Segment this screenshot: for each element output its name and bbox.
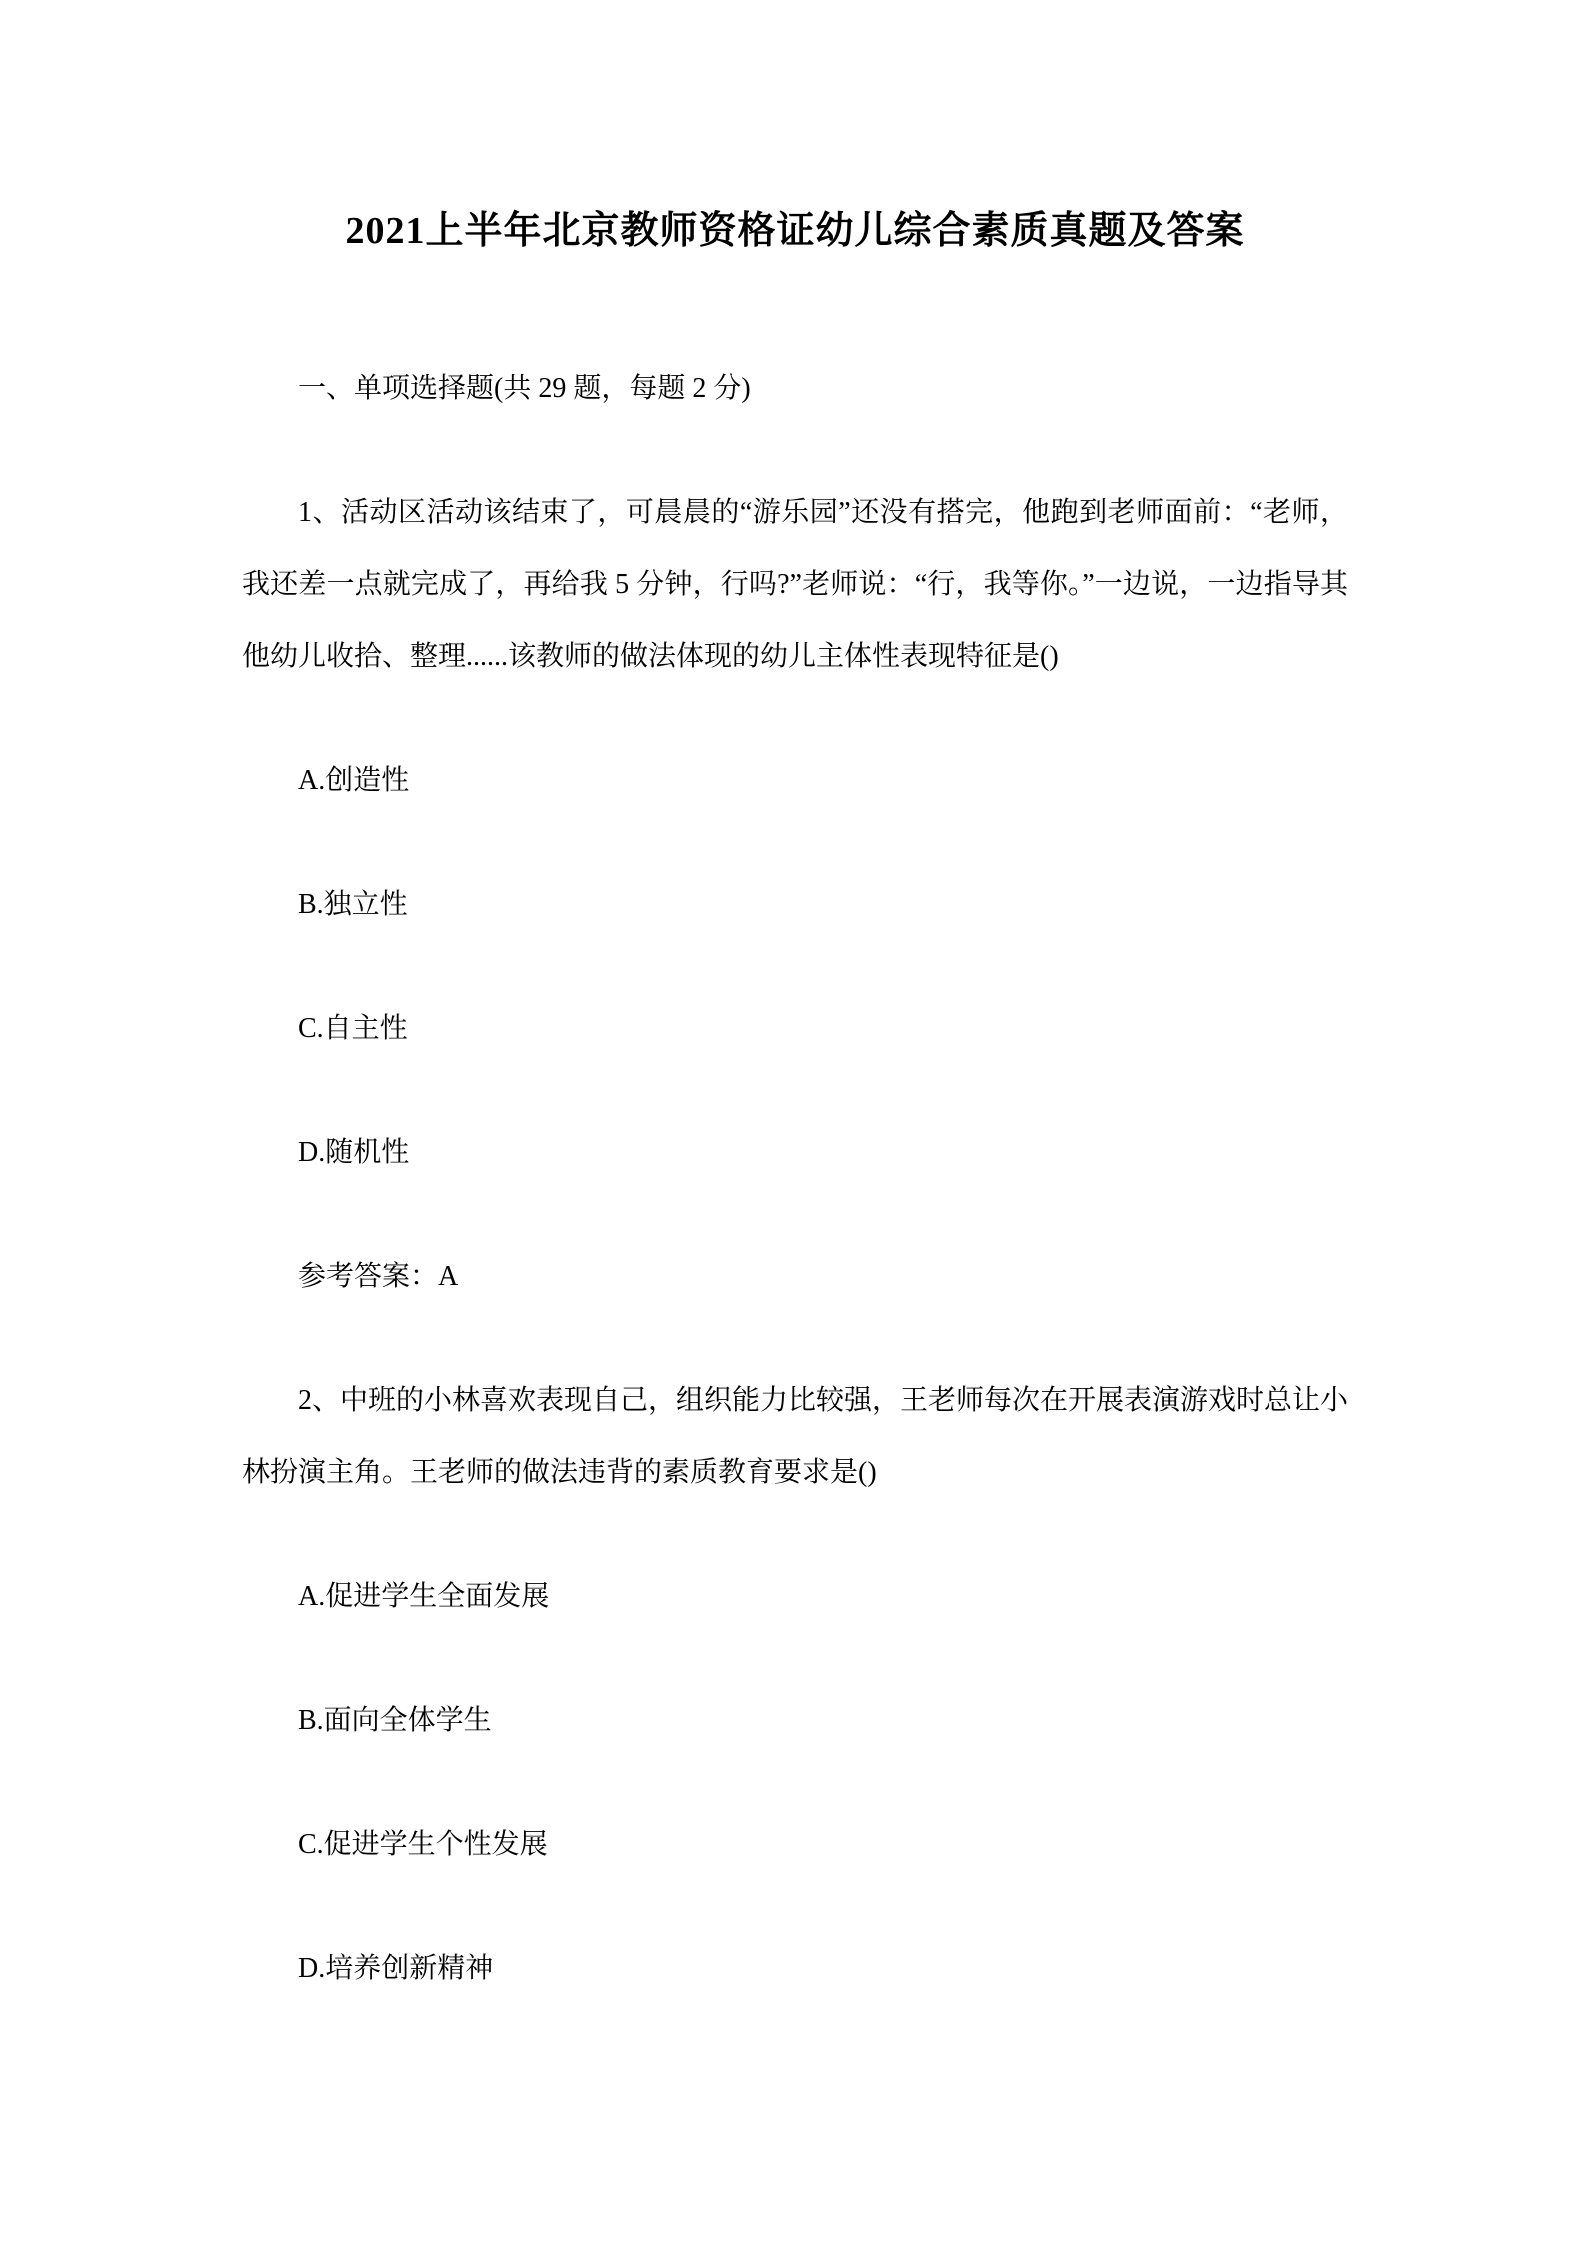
question-2-option-c: C.促进学生个性发展 <box>242 1809 1348 1881</box>
question-1-option-c: C.自主性 <box>242 993 1348 1065</box>
question-2-option-b: B.面向全体学生 <box>242 1685 1348 1757</box>
question-2-stem: 2、中班的小林喜欢表现自己，组织能力比较强，王老师每次在开展表演游戏时总让小林扮… <box>242 1365 1348 1509</box>
question-1-option-d: D.随机性 <box>242 1117 1348 1189</box>
question-1-option-b: B.独立性 <box>242 869 1348 941</box>
question-1-stem: 1、活动区活动该结束了，可晨晨的“游乐园”还没有搭完，他跑到老师面前：“老师，我… <box>242 477 1348 693</box>
question-1-option-a: A.创造性 <box>242 745 1348 817</box>
question-2-option-d: D.培养创新精神 <box>242 1933 1348 2005</box>
question-1-answer: 参考答案：A <box>242 1241 1348 1313</box>
document-page: 2021上半年北京教师资格证幼儿综合素质真题及答案 一、单项选择题(共 29 题… <box>0 0 1586 2244</box>
page-title: 2021上半年北京教师资格证幼儿综合素质真题及答案 <box>242 203 1348 259</box>
section-header: 一、单项选择题(共 29 题，每题 2 分) <box>242 353 1348 425</box>
question-2-option-a: A.促进学生全面发展 <box>242 1561 1348 1633</box>
